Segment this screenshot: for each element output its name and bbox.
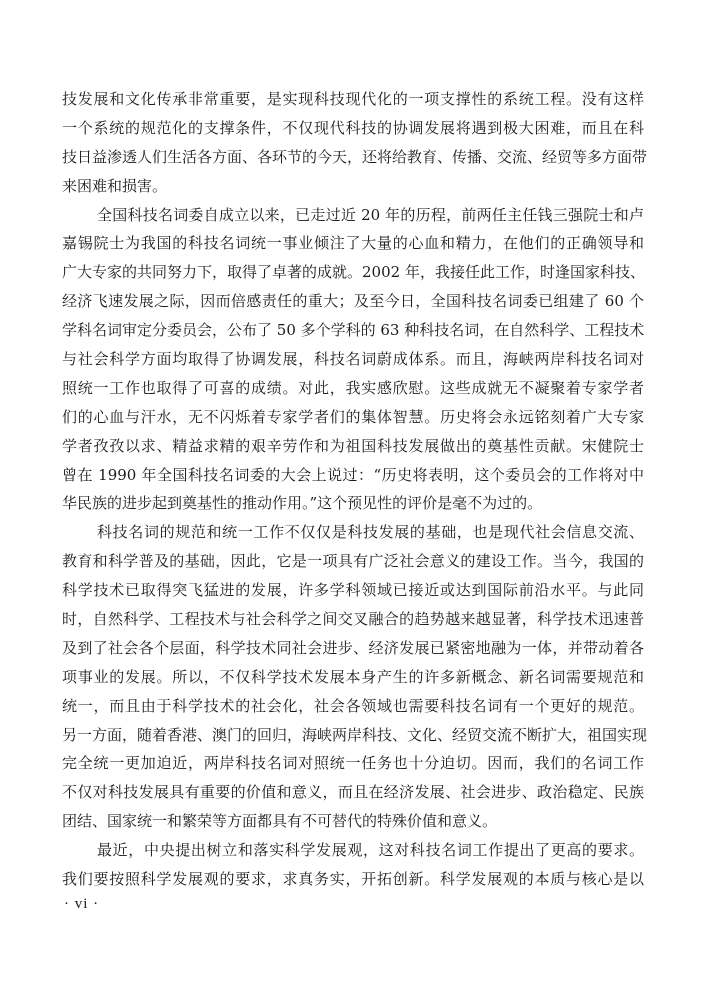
text-line: 曾在 1990 年全国科技名词委的大会上说过：“历史将表明，这个委员会的工作将对… [62,461,644,490]
text-line: 学者孜孜以求、精益求精的艰辛劳作和为祖国科技发展做出的奠基性贡献。宋健院士 [62,432,644,461]
text-line: 科技名词的规范和统一工作不仅仅是科技发展的基础，也是现代社会信息交流、 [62,518,644,547]
text-line: 来困难和损害。 [62,172,644,201]
text-line: 完全统一更加迫近，两岸科技名词对照统一任务也十分迫切。因而，我们的名词工作 [62,749,644,778]
text-line: 华民族的进步起到奠基性的推动作用。”这个预见性的评价是毫不为过的。 [62,489,644,518]
paragraph-2: 全国科技名词委自成立以来，已走过近 20 年的历程，前两任主任钱三强院士和卢 嘉… [62,201,644,519]
text-line: 技发展和文化传承非常重要，是实现科技现代化的一项支撑性的系统工程。没有这样 [62,85,644,114]
text-line: 们的心血与汗水，无不闪烁着专家学者们的集体智慧。历史将会永远铭刻着广大专家 [62,403,644,432]
page-number: · vi · [64,896,99,913]
text-line: 统一，而且由于科学技术的社会化，社会各领域也需要科技名词有一个更好的规范。 [62,692,644,721]
text-line: 照统一工作也取得了可喜的成绩。对此，我实感欣慰。这些成就无不凝聚着专家学者 [62,374,644,403]
text-line: 经济飞速发展之际，因而倍感责任的重大；及至今日，全国科技名词委已组建了 60 个 [62,287,644,316]
text-line: 广大专家的共同努力下，取得了卓著的成就。2002 年，我接任此工作，时逢国家科技… [62,258,644,287]
text-line: 时，自然科学、工程技术与社会科学之间交叉融合的趋势越来越显著，科学技术迅速普 [62,605,644,634]
text-line: 技日益渗透人们生活各方面、各环节的今天，还将给教育、传播、交流、经贸等多方面带 [62,143,644,172]
text-line: 我们要按照科学发展观的要求，求真务实，开拓创新。科学发展观的本质与核心是以 [62,865,644,894]
text-line: 及到了社会各个层面，科学技术同社会进步、经济发展已紧密地融为一体，并带动着各 [62,634,644,663]
text-line: 项事业的发展。所以，不仅科学技术发展本身产生的许多新概念、新名词需要规范和 [62,663,644,692]
paragraph-4: 最近，中央提出树立和落实科学发展观，这对科技名词工作提出了更高的要求。 我们要按… [62,836,644,894]
text-line: 科学技术已取得突飞猛进的发展，许多学科领域已接近或达到国际前沿水平。与此同 [62,576,644,605]
text-line: 团结、国家统一和繁荣等方面都具有不可替代的特殊价值和意义。 [62,807,644,836]
text-line: 另一方面，随着香港、澳门的回归，海峡两岸科技、文化、经贸交流不断扩大，祖国实现 [62,721,644,750]
paragraph-1: 技发展和文化传承非常重要，是实现科技现代化的一项支撑性的系统工程。没有这样 一个… [62,85,644,201]
text-line: 嘉锡院士为我国的科技名词统一事业倾注了大量的心血和精力，在他们的正确领导和 [62,229,644,258]
text-line: 学科名词审定分委员会，公布了 50 多个学科的 63 种科技名词，在自然科学、工… [62,316,644,345]
text-line: 与社会科学方面均取得了协调发展，科技名词蔚成体系。而且，海峡两岸科技名词对 [62,345,644,374]
text-line: 一个系统的规范化的支撑条件，不仅现代科技的协调发展将遇到极大困难，而且在科 [62,114,644,143]
paragraph-3: 科技名词的规范和统一工作不仅仅是科技发展的基础，也是现代社会信息交流、 教育和科… [62,518,644,836]
text-line: 最近，中央提出树立和落实科学发展观，这对科技名词工作提出了更高的要求。 [62,836,644,865]
text-line: 不仅对科技发展具有重要的价值和意义，而且在经济发展、社会进步、政治稳定、民族 [62,778,644,807]
text-line: 教育和科学普及的基础，因此，它是一项具有广泛社会意义的建设工作。当今，我国的 [62,547,644,576]
page-body: 技发展和文化传承非常重要，是实现科技现代化的一项支撑性的系统工程。没有这样 一个… [62,85,644,894]
text-line: 全国科技名词委自成立以来，已走过近 20 年的历程，前两任主任钱三强院士和卢 [62,201,644,230]
